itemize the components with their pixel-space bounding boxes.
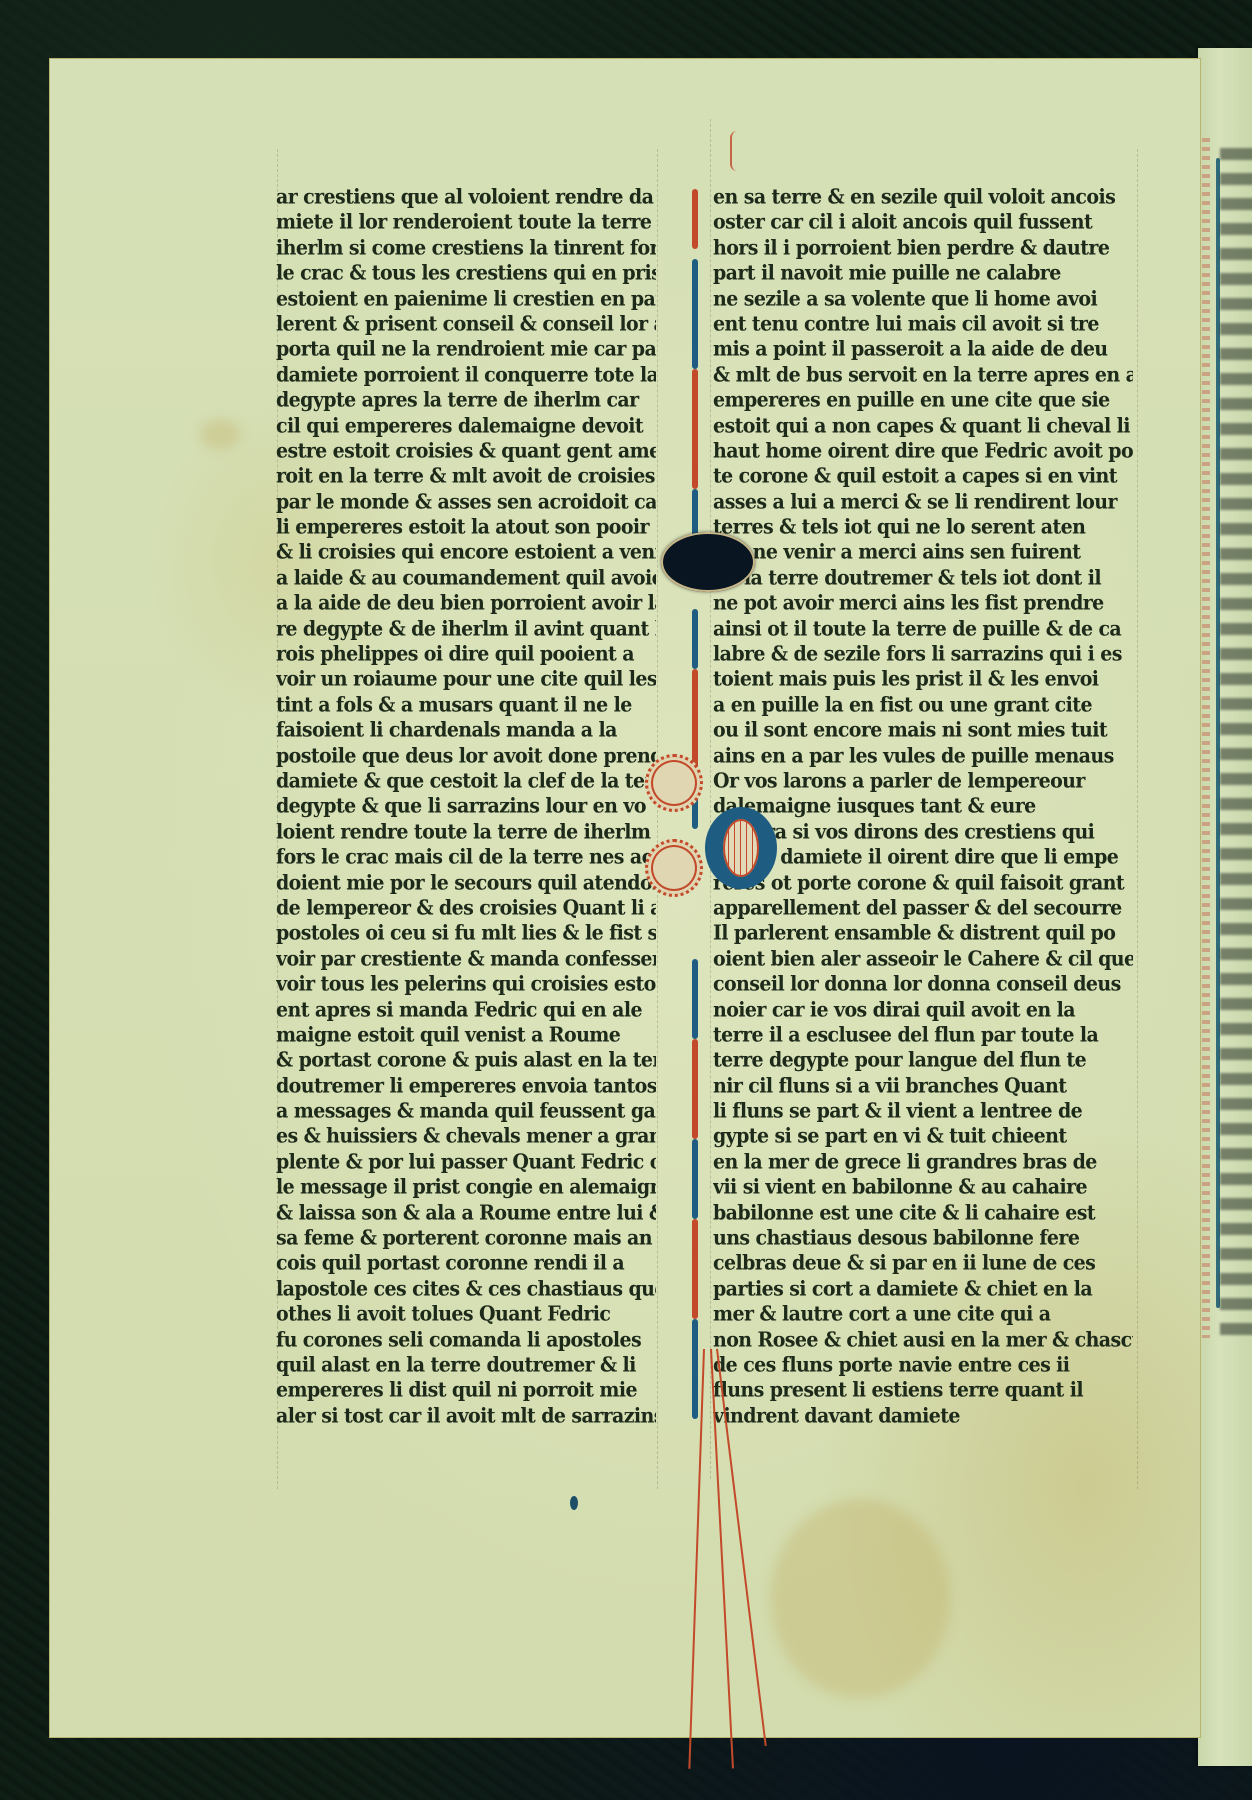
text-line: terres & tels iot qui ne lo serent aten [713,514,1133,541]
text-line: en la mer de grece li grandres bras de [713,1149,1133,1176]
text-line: rois phelippes oi dire quil pooient a [276,641,656,668]
text-line: damiete porroient il conquerre tote la t… [276,362,656,389]
text-line: faisoient li chardenals manda a la [276,717,656,744]
text-line: Il parlerent ensamble & distrent quil po [713,920,1133,947]
text-line: doutremer li empereres envoia tantost [276,1073,656,1100]
text-line: uns chastiaus desous babilonne fere [713,1225,1133,1252]
text-line: mis a point il passeroit a la aide de de… [713,336,1133,363]
text-line: voir tous les pelerins qui croisies esto… [276,971,656,998]
text-line: & laissa son & ala a Roume entre lui & [276,1200,656,1227]
text-line: an la terre doutremer & tels iot dont il [713,565,1133,592]
text-line: li fluns se part & il vient a lentree de [713,1098,1133,1125]
text-line: li empereres estoit la atout son pooir [276,514,656,541]
text-line: a messages & manda quil feussent gali [276,1098,656,1125]
text-line: fluns present li estiens terre quant il [713,1377,1133,1404]
text-line: & portast corone & puis alast en la terr… [276,1047,656,1074]
text-line: non Rosee & chiet ausi en la mer & chasc… [713,1327,1133,1354]
text-line: voir par crestiente & manda confesser mo [276,946,656,973]
text-line: terre degypte pour langue del flun te [713,1047,1133,1074]
text-line: aler si tost car il avoit mlt de sarrazi… [276,1403,656,1430]
text-line: terre il a esclusee del flun par toute l… [713,1022,1133,1049]
text-line: re degypte & de iherlm il avint quant li [276,616,656,643]
text-line: plente & por lui passer Quant Fedric oi [276,1149,656,1176]
text-line: quil alast en la terre doutremer & li [276,1352,656,1379]
text-column-left: ar crestiens que al voloient rendre dami… [276,185,656,1429]
text-line: sa feme & porterent coronne mais an [276,1225,656,1252]
text-line: iherlm si come crestiens la tinrent fors [276,235,656,262]
text-line: asses a lui a merci & se li rendirent lo… [713,489,1133,516]
text-line: dre ne venir a merci ains sen fuirent [713,539,1133,566]
decorated-initial: O [695,801,790,916]
text-line: lapostole ces cites & ces chastiaus que [276,1276,656,1303]
text-line: Or vos larons a parler de lempereour [713,768,1133,795]
text-line: mer & lautre cort a une cite qui a [713,1301,1133,1328]
text-line: estoit qui a non capes & quant li cheval… [713,413,1133,440]
text-line: te corone & quil estoit a capes si en vi… [713,463,1133,490]
text-line: ainsi ot il toute la terre de puille & d… [713,616,1133,643]
initial-letter: O [695,801,790,901]
text-line: noier car ie vos dirai quil avoit en la [713,996,1133,1023]
text-line: ou il sont encore mais ni sont mies tuit [713,717,1133,744]
text-line: a en puille la en fist ou une grant cite [713,692,1133,719]
text-line: voir un roiaume pour une cite quil les [276,666,656,693]
water-stain [770,1499,950,1699]
text-line: labre & de sezile fors li sarrazins qui … [713,641,1133,668]
penwork-edge [1202,138,1210,1338]
text-line: maigne estoit quil venist a Roume [276,1022,656,1049]
text-line: oster car cil i aloit ancois quil fussen… [713,209,1133,236]
text-line: roit en la terre & mlt avoit de croisies [276,463,656,490]
text-line: le message il prist congie en alemaigne [276,1174,656,1201]
top-pen-flourish [730,131,744,171]
adjacent-page-text [1220,148,1252,1348]
text-line: de ces fluns porte navie entre ces ii [713,1352,1133,1379]
text-line: en sa terre & en sezile quil voloit anco… [713,184,1133,211]
text-line: babilonne est une cite & li cahaire est [713,1200,1133,1227]
text-line: fors le crac mais cil de la terre nes ac… [276,844,656,871]
text-line: parties si cort a damiete & chiet en la [713,1276,1133,1303]
text-line: estoient en paienime li crestien en par [276,286,656,313]
text-line: postoles oi ceu si fu mlt lies & le fist… [276,920,656,947]
text-line: vii si vient en babilonne & au cahaire [713,1174,1133,1201]
text-line: loient rendre toute la terre de iherlm [276,819,656,846]
text-line: damiete & que cestoit la clef de la terr… [276,768,656,795]
text-line: lerent & prisent conseil & conseil lor a [276,311,656,338]
text-line: fu corones seli comanda li apostoles [276,1327,656,1354]
text-line: par le monde & asses sen acroidoit car [276,489,656,516]
text-line: es & huissiers & chevals mener a grant [276,1123,656,1150]
text-line: postoile que deus lor avoit done prendre [276,743,656,770]
text-line: doient mie por le secours quil atendoien… [276,870,656,897]
text-line: haut home oirent dire que Fedric avoit p… [713,438,1133,465]
text-line: ent tenu contre lui mais cil avoit si tr… [713,311,1133,338]
text-line: ent apres si manda Fedric qui en ale [276,996,656,1023]
text-line: conseil lor donna lor donna conseil deus [713,971,1133,998]
text-line: a la aide de deu bien porroient avoir la… [276,590,656,617]
vertical-ruling [710,119,712,1479]
text-line: porta quil ne la rendroient mie car par [276,336,656,363]
adjacent-page-edge [1198,48,1252,1766]
vertical-ruling [1137,149,1139,1489]
text-line: othes li avoit tolues Quant Fedric [276,1301,656,1328]
text-line: degypte & que li sarrazins lour en vo [276,793,656,820]
stain-spot [200,419,240,449]
text-line: degypte apres la terre de iherlm car [276,387,656,414]
text-line: cois quil portast coronne rendi il a [276,1250,656,1277]
text-line: ne sezile a sa volente que li home avoi [713,286,1133,313]
text-line: oient bien aler asseoir le Cahere & cil … [713,946,1133,973]
text-line: le crac & tous les crestiens qui en pris… [276,260,656,287]
text-line: ar crestiens que al voloient rendre da [276,184,656,211]
text-line: empereres li dist quil ni porroit mie [276,1377,656,1404]
text-line: celbras deue & si par en ii lune de ces [713,1250,1133,1277]
text-line: ne pot avoir merci ains les fist prendre [713,590,1133,617]
text-line: de lempereor & des croisies Quant li a [276,895,656,922]
text-line: empereres en puille en une cite que sie [713,387,1133,414]
parchment-hole [661,532,755,592]
text-line: & mlt de bus servoit en la terre apres e… [713,362,1133,389]
text-line: tint a fols & a musars quant il ne le [276,692,656,719]
text-line: toient mais puis les prist il & les envo… [713,666,1133,693]
text-line: cil qui empereres dalemaigne devoit [276,413,656,440]
text-line: & li croisies qui encore estoient a veni… [276,539,656,566]
manuscript-leaf: ar crestiens que al voloient rendre dami… [50,59,1200,1737]
text-line: miete il lor renderoient toute la terre … [276,209,656,236]
vertical-ruling [657,149,659,1489]
text-line: vindrent davant damiete [713,1403,1133,1430]
text-line: ains en a par les vules de puille menaus [713,743,1133,770]
text-line: a laide & au coumandement quil avoient [276,565,656,592]
text-line: gypte si se part en vi & tuit chieent [713,1123,1133,1150]
text-line: part il navoit mie puille ne calabre [713,260,1133,287]
ink-spot [570,1496,578,1510]
text-line: nir cil fluns si a vii branches Quant [713,1073,1133,1100]
text-line: hors il i porroient bien perdre & dautre [713,235,1133,262]
text-line: estre estoit croisies & quant gent amen [276,438,656,465]
